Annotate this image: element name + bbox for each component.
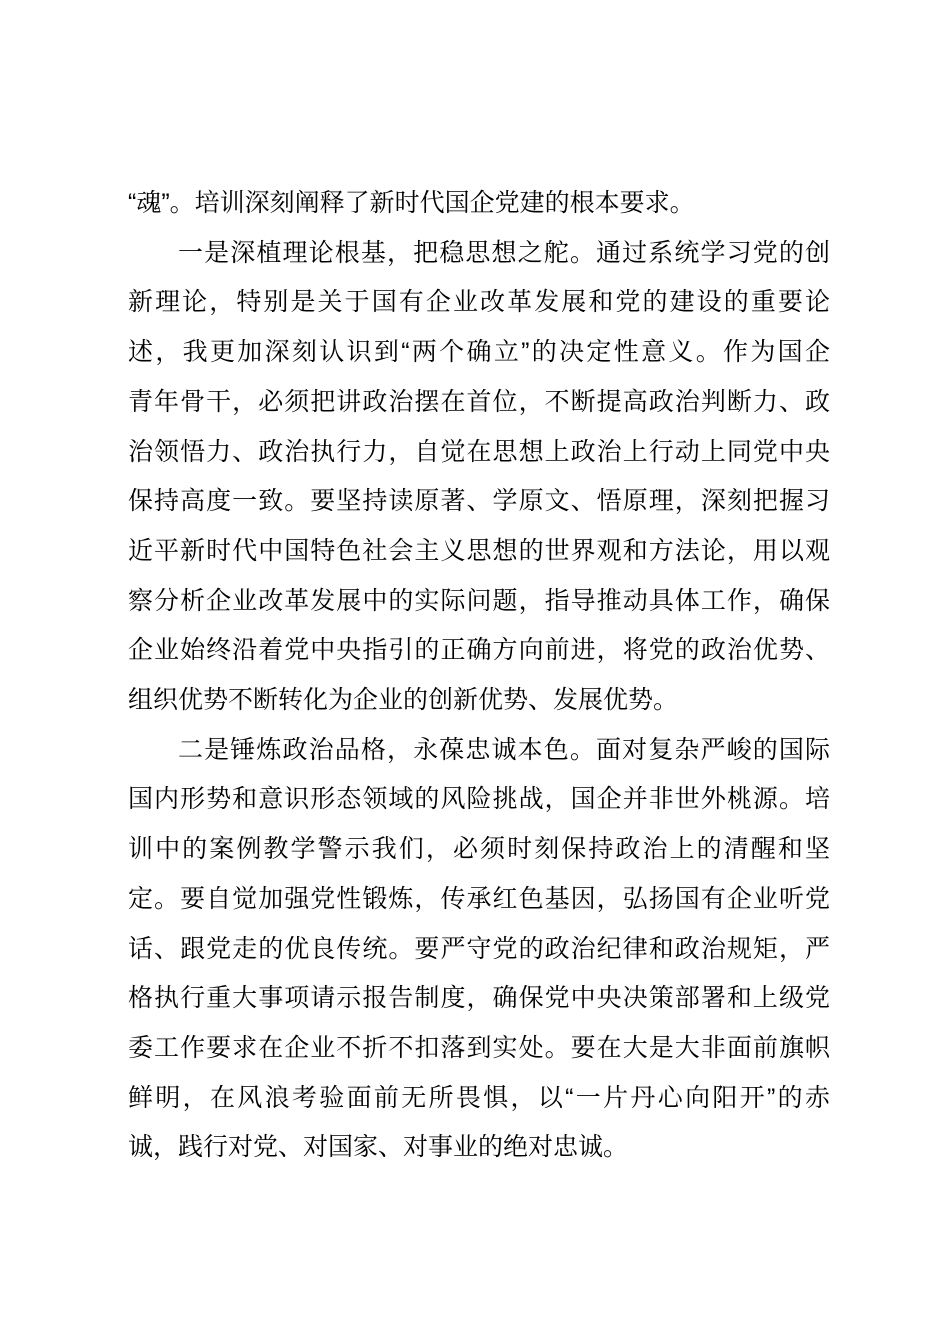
text-line: 组织优势不断转化为企业的创新优势、发展优势。 xyxy=(128,676,830,726)
text-line: 训中的案例教学警示我们，必须时刻保持政治上的清醒和坚 xyxy=(128,825,830,875)
text-line: 述，我更加深刻认识到“两个确立”的决定性意义。作为国企 xyxy=(128,328,830,378)
text-line: 保持高度一致。要坚持读原著、学原文、悟原理，深刻把握习 xyxy=(128,477,830,527)
document-text-block: “魂”。培训深刻阐释了新时代国企党建的根本要求。 一是深植理论根基，把稳思想之舵… xyxy=(128,179,830,1173)
paragraph-first-point: 一是深植理论根基，把稳思想之舵。通过系统学习党的创 新理论，特别是关于国有企业改… xyxy=(128,229,830,726)
text-line: “魂”。培训深刻阐释了新时代国企党建的根本要求。 xyxy=(128,179,830,229)
text-line: 鲜明，在风浪考验面前无所畏惧，以“一片丹心向阳开”的赤 xyxy=(128,1074,830,1124)
text-line: 察分析企业改革发展中的实际问题，指导推动具体工作，确保 xyxy=(128,577,830,627)
text-line: 治领悟力、政治执行力，自觉在思想上政治上行动上同党中央 xyxy=(128,428,830,478)
text-line: 委工作要求在企业不折不扣落到实处。要在大是大非面前旗帜 xyxy=(128,1024,830,1074)
text-line: 二是锤炼政治品格，永葆忠诚本色。面对复杂严峻的国际 xyxy=(128,726,830,776)
text-line: 近平新时代中国特色社会主义思想的世界观和方法论，用以观 xyxy=(128,527,830,577)
text-line: 企业始终沿着党中央指引的正确方向前进，将党的政治优势、 xyxy=(128,626,830,676)
paragraph-second-point: 二是锤炼政治品格，永葆忠诚本色。面对复杂严峻的国际 国内形势和意识形态领域的风险… xyxy=(128,726,830,1173)
text-line: 一是深植理论根基，把稳思想之舵。通过系统学习党的创 xyxy=(128,229,830,279)
text-line: 格执行重大事项请示报告制度，确保党中央决策部署和上级党 xyxy=(128,974,830,1024)
text-line: 定。要自觉加强党性锻炼，传承红色基因，弘扬国有企业听党 xyxy=(128,875,830,925)
text-line: 诚，践行对党、对国家、对事业的绝对忠诚。 xyxy=(128,1123,830,1173)
paragraph-continuation: “魂”。培训深刻阐释了新时代国企党建的根本要求。 xyxy=(128,179,830,229)
text-line: 国内形势和意识形态领域的风险挑战，国企并非世外桃源。培 xyxy=(128,775,830,825)
document-page: “魂”。培训深刻阐释了新时代国企党建的根本要求。 一是深植理论根基，把稳思想之舵… xyxy=(0,0,950,1344)
text-line: 青年骨干，必须把讲政治摆在首位，不断提高政治判断力、政 xyxy=(128,378,830,428)
text-line: 话、跟党走的优良传统。要严守党的政治纪律和政治规矩，严 xyxy=(128,925,830,975)
text-line: 新理论，特别是关于国有企业改革发展和党的建设的重要论 xyxy=(128,278,830,328)
